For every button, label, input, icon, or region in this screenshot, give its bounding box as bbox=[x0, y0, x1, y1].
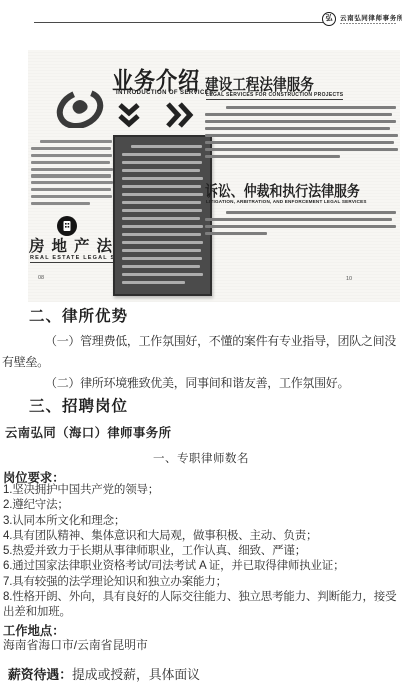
section-heading-advantages: 二、律所优势 bbox=[29, 304, 128, 326]
litigation-paragraph-blurred bbox=[205, 211, 398, 239]
brochure-page-number-left: 08 bbox=[38, 275, 44, 281]
requirements-list: 1.坚决拥护中国共产党的领导； 2.遵纪守法； 3.认同本所文化和理念； 4.具… bbox=[3, 483, 400, 621]
requirement-item: 5.热爱并致力于长期从事律师职业，工作认真、细致、严谨； bbox=[3, 544, 400, 559]
requirement-item: 6.通过国家法律职业资格考试/司法考试 A 证，并已取得律师执业证； bbox=[3, 559, 400, 574]
requirement-item: 4.具有团队精神、集体意识和大局观，做事积极、主动、负责； bbox=[3, 529, 400, 544]
brochure-page-number-right: 10 bbox=[346, 276, 352, 282]
salary-label: 薪资待遇： bbox=[8, 667, 72, 682]
requirement-item: 3.认同本所文化和理念； bbox=[3, 514, 400, 529]
requirement-item: 8.性格开朗、外向，具有良好的人际交往能力、独立思考能力、判断能力，接受出差和加… bbox=[3, 590, 400, 621]
letterhead-rule bbox=[34, 22, 323, 23]
letterhead-firm-name-english bbox=[340, 23, 396, 25]
section-heading-recruit: 三、招聘岗位 bbox=[29, 394, 128, 416]
salary-value: 提成或授薪，具体面议 bbox=[72, 667, 200, 682]
construction-paragraph-blurred bbox=[205, 106, 398, 162]
document-page: 弘 云南弘同律师事务所 房地产法律服务 REAL ESTATE LEGAL SE… bbox=[0, 0, 402, 695]
construction-services-subtitle: LEGAL SERVICES FOR CONSTRUCTION PROJECTS bbox=[206, 92, 343, 100]
location-value: 海南省海口市/云南省昆明市 bbox=[3, 636, 148, 653]
double-chevron-down-icon bbox=[117, 102, 141, 134]
advantage-item-1: （一）管理费低，工作氛围好，不懂的案件有专业指导，团队之间没有壁垒。 bbox=[2, 331, 400, 373]
requirement-item: 1.坚决拥护中国共产党的领导； bbox=[3, 483, 400, 498]
salary-line: 薪资待遇：提成或授薪，具体面议 bbox=[8, 664, 200, 683]
advantage-item-2: （二）律所环境雅致优美，同事间和谐友善，工作氛围好。 bbox=[2, 373, 400, 394]
firm-emblem-icon bbox=[56, 90, 104, 133]
requirement-item: 7.具有较强的法学理论知识和独立办案能力； bbox=[3, 575, 400, 590]
dark-text-panel-blurred bbox=[113, 135, 212, 296]
litigation-services-subtitle: LITIGATION, ARBITRATION, AND ENFORCEMENT… bbox=[206, 199, 367, 204]
firm-logo-icon: 弘 bbox=[322, 12, 336, 26]
letterhead-firm-name: 云南弘同律师事务所 bbox=[340, 13, 402, 22]
services-intro-subtitle: INTRODUCTION OF SERVICES bbox=[116, 90, 214, 96]
litigation-services-title: 诉讼、仲裁和执行法律服务 bbox=[205, 180, 360, 201]
double-chevron-right-icon bbox=[164, 101, 194, 134]
position-title: 一、专职律师数名 bbox=[0, 450, 402, 466]
recruiting-firm-name: 云南弘同（海口）律师事务所 bbox=[5, 423, 171, 441]
brochure-photo: 房地产法律服务 REAL ESTATE LEGAL SERVICES 08 业务… bbox=[28, 50, 400, 302]
requirement-item: 2.遵纪守法； bbox=[3, 498, 400, 513]
left-intro-paragraph-blurred bbox=[31, 140, 113, 209]
